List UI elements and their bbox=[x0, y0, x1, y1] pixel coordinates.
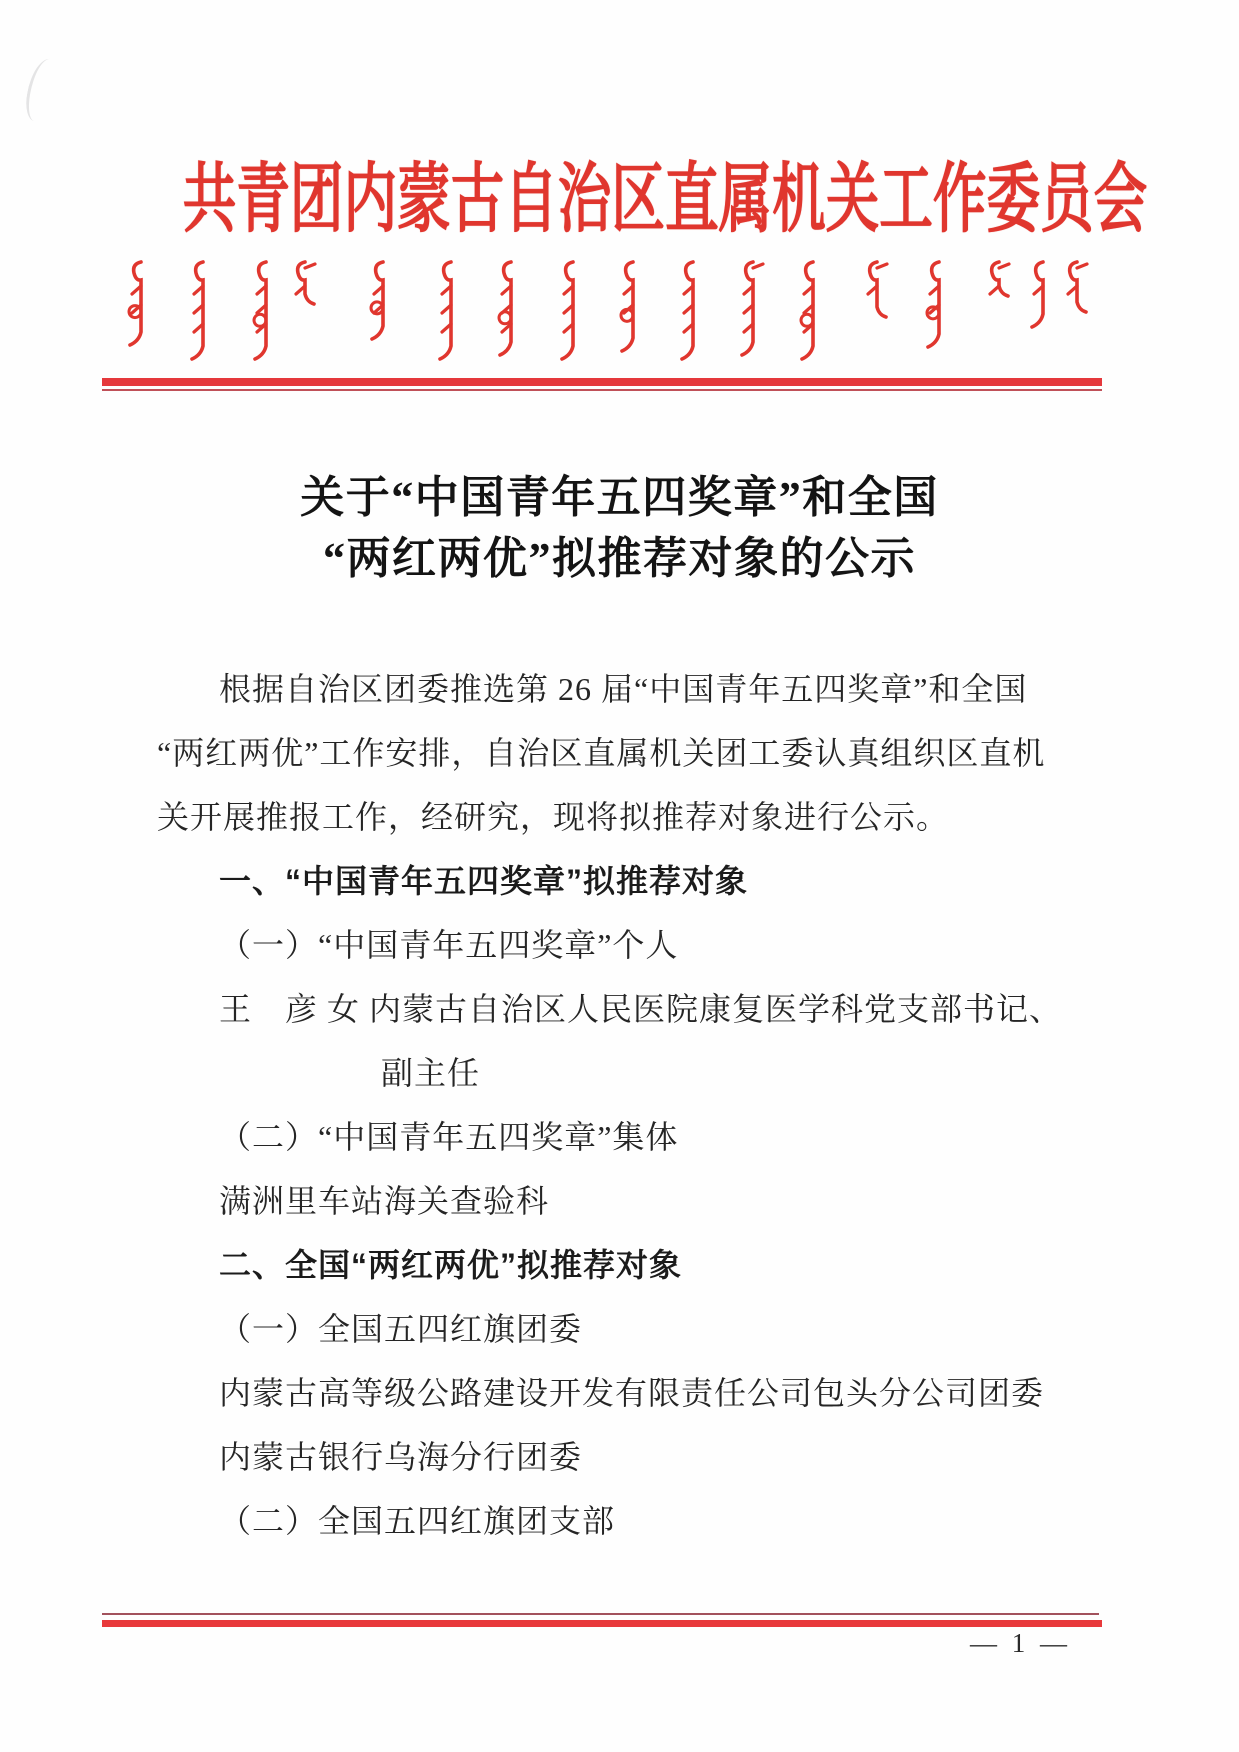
footer-rule-thin bbox=[102, 1613, 1099, 1615]
nominee-line-cont: 副主任 bbox=[157, 1041, 1117, 1105]
footer-rule-thick bbox=[102, 1620, 1102, 1627]
body-paragraph-line: 根据自治区团委推选第 26 届“中国青年五四奖章”和全国 bbox=[157, 657, 1117, 721]
body-paragraph-line: “两红两优”工作安排，自治区直属机关团工委认真组织区直机 bbox=[157, 721, 1117, 785]
page-number: — 1 — bbox=[970, 1628, 1071, 1658]
section-heading-1: 一、“中国青年五四奖章”拟推荐对象 bbox=[157, 849, 1117, 913]
nominee-line: 内蒙古银行乌海分行团委 bbox=[157, 1425, 1117, 1489]
nominee-line: 内蒙古高等级公路建设开发有限责任公司包头分公司团委 bbox=[157, 1361, 1117, 1425]
scanned-document-page: 共青团内蒙古自治区直属机关工作委员会 关于“中国青年五四奖章”和全国 “两红两优… bbox=[0, 0, 1239, 1752]
header-rule-thick bbox=[102, 378, 1102, 386]
mongolian-script-row bbox=[133, 258, 1085, 358]
nominee-line: 满洲里车站海关查验科 bbox=[157, 1169, 1117, 1233]
section-heading-2: 二、全国“两红两优”拟推荐对象 bbox=[157, 1233, 1117, 1297]
title-line-1: 关于“中国青年五四奖章”和全国 bbox=[0, 467, 1239, 528]
subsection-heading: （一）全国五四红旗团委 bbox=[157, 1297, 1117, 1361]
nominee-line: 王 彦 女 内蒙古自治区人民医院康复医学科党支部书记、 bbox=[157, 977, 1117, 1041]
title-line-2: “两红两优”拟推荐对象的公示 bbox=[0, 528, 1239, 589]
header-rule-thin bbox=[102, 389, 1102, 391]
subsection-heading: （二）全国五四红旗团支部 bbox=[157, 1489, 1117, 1553]
document-title: 关于“中国青年五四奖章”和全国 “两红两优”拟推荐对象的公示 bbox=[0, 467, 1239, 589]
subsection-heading: （二）“中国青年五四奖章”集体 bbox=[157, 1105, 1117, 1169]
subsection-heading: （一）“中国青年五四奖章”个人 bbox=[157, 913, 1117, 977]
body-paragraph-line: 关开展推报工作，经研究，现将拟推荐对象进行公示。 bbox=[157, 785, 1117, 849]
scan-artifact bbox=[23, 56, 63, 124]
document-body: 根据自治区团委推选第 26 届“中国青年五四奖章”和全国 “两红两优”工作安排，… bbox=[157, 657, 1117, 1553]
letterhead-org-name: 共青团内蒙古自治区直属机关工作委员会 bbox=[183, 150, 1056, 250]
